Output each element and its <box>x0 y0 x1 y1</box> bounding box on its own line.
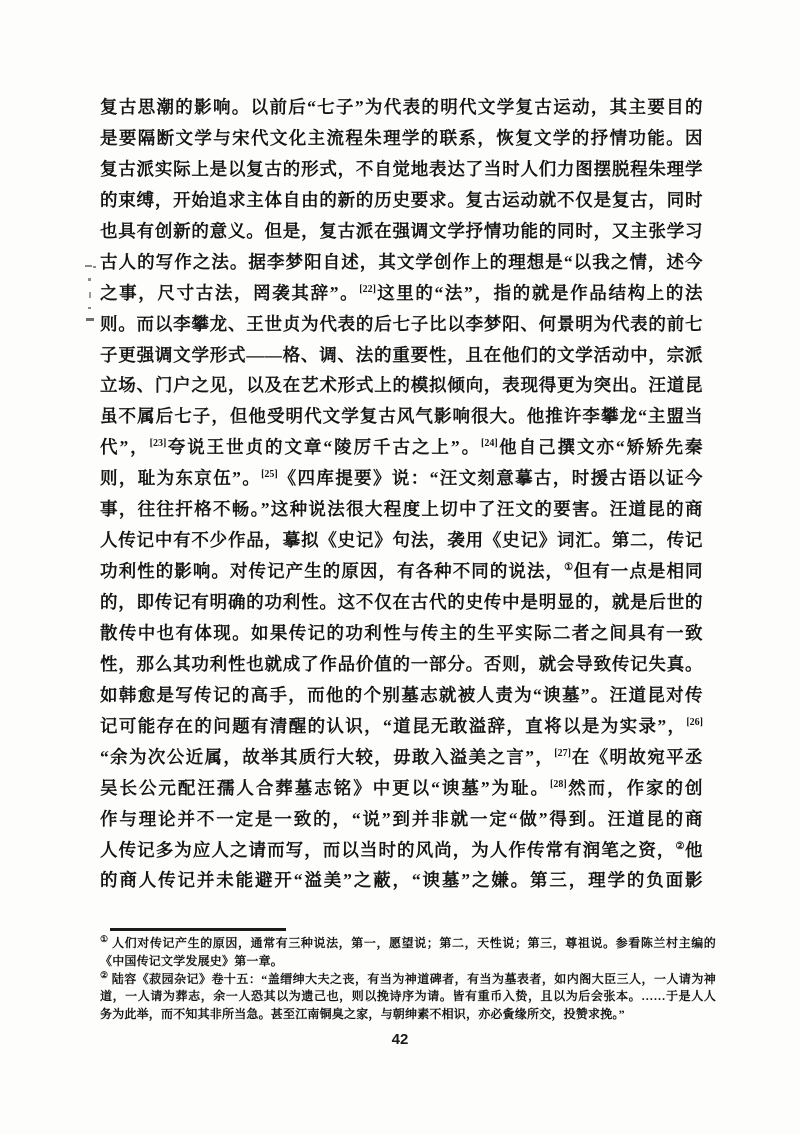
text-line: 则。而以李攀龙、王世贞为代表的后七子比以李梦阳、何景明为代表的前七 <box>100 309 703 340</box>
text-line: 道，一人请为葬志，余一人恐其以为遗己也，则以挽诗序为请。皆有重币入贽，且以为后会… <box>100 988 716 1006</box>
scanned-page: 复古思潮的影响。以前后“七子”为代表的明代文学复古运动，其主要目的是要隔断文学与… <box>0 0 800 1134</box>
text-line: 务为此举，而不知其非所当急。甚至江南铜臭之家，与朝绅素不相识，亦必夤缘所交，投赞… <box>100 1006 716 1024</box>
page-number: 42 <box>0 1031 800 1048</box>
text-line: 古人的写作之法。据李梦阳自述，其文学创作上的理想是“以我之情，述今 <box>100 247 703 278</box>
text-line: “余为次公近属，故举其质行大较，毋敢入溢美之言”，[27]在《明故宛平丞 <box>100 742 703 773</box>
text-line: 复古思潮的影响。以前后“七子”为代表的明代文学复古运动，其主要目的 <box>100 92 703 123</box>
text-line: 是要隔断文学与宋代文化主流程朱理学的联系，恢复文学的抒情功能。因此， <box>100 123 703 154</box>
footnote-ref: [27] <box>554 748 571 759</box>
text-line: 的束缚，开始追求主体自由的新的历史要求。复古运动就不仅是复古，同时 <box>100 185 703 216</box>
footnote-ref: [26] <box>686 717 703 728</box>
text-line: 代”，[23]夸说王世贞的文章“陵厉千古之上”。[24]他自己撰文亦“矫矫先秦 <box>100 432 703 463</box>
text-line: ① 人们对传记产生的原因，通常有三种说法，第一，愿望说；第二，天性说；第三，尊祖… <box>100 935 716 953</box>
text-line: 的，即传记有明确的功利性。这不仅在古代的史传中是明显的，就是后世的 <box>100 587 703 618</box>
text-line: 之事，尺寸古法，罔袭其辞”。[22]这里的“法”，指的就是作品结构上的法 <box>100 278 703 309</box>
footnote-2: ② 陆容《菽园杂记》卷十五：“盖缙绅大夫之丧，有当为神道碑者，有当为墓表者，如内… <box>100 971 716 1024</box>
text-line: 散传中也有体现。如果传记的功利性与传主的生平实际二者之间具有一致 <box>100 618 703 649</box>
text-line: 事，往往扞格不畅。”这种说法很大程度上切中了汪文的要害。汪道昆的商 <box>100 494 703 525</box>
text-line: ② 陆容《菽园杂记》卷十五：“盖缙绅大夫之丧，有当为神道碑者，有当为墓表者，如内… <box>100 971 716 989</box>
footnote-1: ① 人们对传记产生的原因，通常有三种说法，第一，愿望说；第二，天性说；第三，尊祖… <box>100 935 716 970</box>
text-line: 功利性的影响。对传记产生的原因，有各种不同的说法，①但有一点是相同 <box>100 556 703 587</box>
text-line: 如韩愈是写传记的高手，而他的个别墓志就被人责为“谀墓”。汪道昆对传 <box>100 680 703 711</box>
text-line: 作与理论并不一定是一致的，“说”到并非就一定“做”得到。汪道昆的商 <box>100 804 703 835</box>
footnote-ref: [28] <box>550 779 567 790</box>
footnote-ref: [22] <box>359 284 376 295</box>
footnote-ref: ② <box>100 971 108 980</box>
text-line: 《中国传记文学发展史》第一章。 <box>100 953 716 971</box>
footnote-ref: [24] <box>481 438 498 449</box>
text-line: 吴长公元配汪孺人合葬墓志铭》中更以“谀墓”为耻。[28]然而，作家的创 <box>100 773 703 804</box>
scan-artifact-marks <box>84 263 100 325</box>
footnote-separator-rule <box>110 928 286 931</box>
footnote-ref: ② <box>675 841 685 852</box>
footnote-ref: [23] <box>150 438 167 449</box>
text-line: 则，耻为东京伍”。[25]《四库提要》说：“汪文刻意摹古，时援古语以证今 <box>100 463 703 494</box>
text-line: 记可能存在的问题有清醒的认识，“道昆无敢溢辞，直将以是为实录”，[26] <box>100 711 703 742</box>
body-paragraph: 复古思潮的影响。以前后“七子”为代表的明代文学复古运动，其主要目的是要隔断文学与… <box>100 92 703 896</box>
text-line: 复古派实际上是以复古的形式，不自觉地表达了当时人们力图摆脱程朱理学 <box>100 154 703 185</box>
text-line: 立场、门户之见，以及在艺术形式上的模拟倾向，表现得更为突出。汪道昆 <box>100 370 703 401</box>
text-line: 也具有创新的意义。但是，复古派在强调文学抒情功能的同时，又主张学习 <box>100 216 703 247</box>
text-line: 的商人传记并未能避开“溢美”之蔽，“谀墓”之嫌。第三，理学的负面影 <box>100 865 703 896</box>
footnotes-section: ① 人们对传记产生的原因，通常有三种说法，第一，愿望说；第二，天性说；第三，尊祖… <box>100 935 716 1024</box>
footnote-ref: ① <box>564 562 574 573</box>
footnote-ref: [25] <box>261 469 278 480</box>
text-line: 性，那么其功利性也就成了作品价值的一部分。否则，就会导致传记失真。 <box>100 649 703 680</box>
text-line: 人传记多为应人之请而写，而以当时的风尚，为人作传常有润笔之资，②他 <box>100 835 703 866</box>
footnote-ref: ① <box>100 935 108 944</box>
text-line: 子更强调文学形式——格、调、法的重要性，且在他们的文学活动中，宗派 <box>100 340 703 371</box>
text-line: 虽不属后七子，但他受明代文学复古风气影响很大。他推许李攀龙“主盟当 <box>100 401 703 432</box>
text-line: 人传记中有不少作品，摹拟《史记》句法，袭用《史记》词汇。第二，传记 <box>100 525 703 556</box>
